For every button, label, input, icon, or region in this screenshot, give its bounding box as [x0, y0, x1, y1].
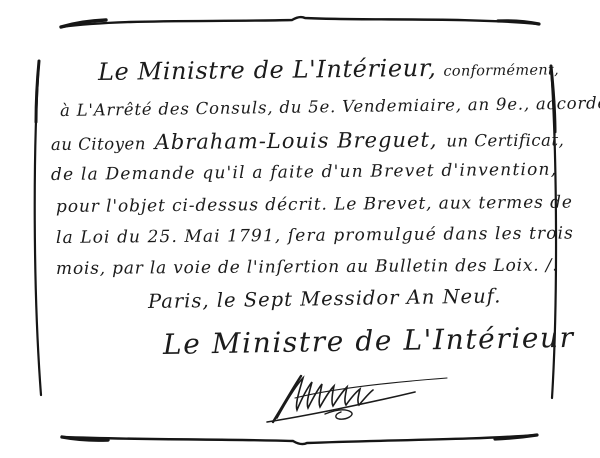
grantee-name: Abraham-Louis Breguet, — [155, 128, 438, 154]
doc-line-objet: pour l'objet ci-dessus décrit. Le Brevet… — [56, 194, 573, 216]
doc-closing-title: Le Ministre de L'Intérieur — [163, 324, 575, 359]
doc-dateline: Paris, le Sept Messidor An Neuf. — [148, 286, 502, 311]
doc-line-loi: la Loi du 25. Mai 1791, ſera promulgué d… — [56, 225, 574, 247]
doc-line-bulletin: mois, par la voie de l'inſertion au Bull… — [56, 257, 559, 278]
bottom-flourish-line — [62, 435, 537, 444]
signature-scrawl — [265, 370, 455, 425]
doc-line-citoyen: au Citoyen Abraham-Louis Breguet, un Cer… — [51, 129, 565, 154]
opening-tail-text: conformément, — [443, 62, 559, 79]
left-flourish-top-taper — [36, 61, 39, 122]
signature: Chaptal — [265, 370, 455, 425]
top-flourish-line — [61, 17, 539, 27]
citoyen-prefix-text: au Citoyen — [51, 134, 146, 154]
certificate-document: Le Ministre de L'Intérieur,conformément,… — [0, 0, 600, 458]
citoyen-suffix-text: un Certificat, — [446, 131, 564, 151]
opening-main-text: Le Ministre de L'Intérieur, — [98, 54, 437, 86]
